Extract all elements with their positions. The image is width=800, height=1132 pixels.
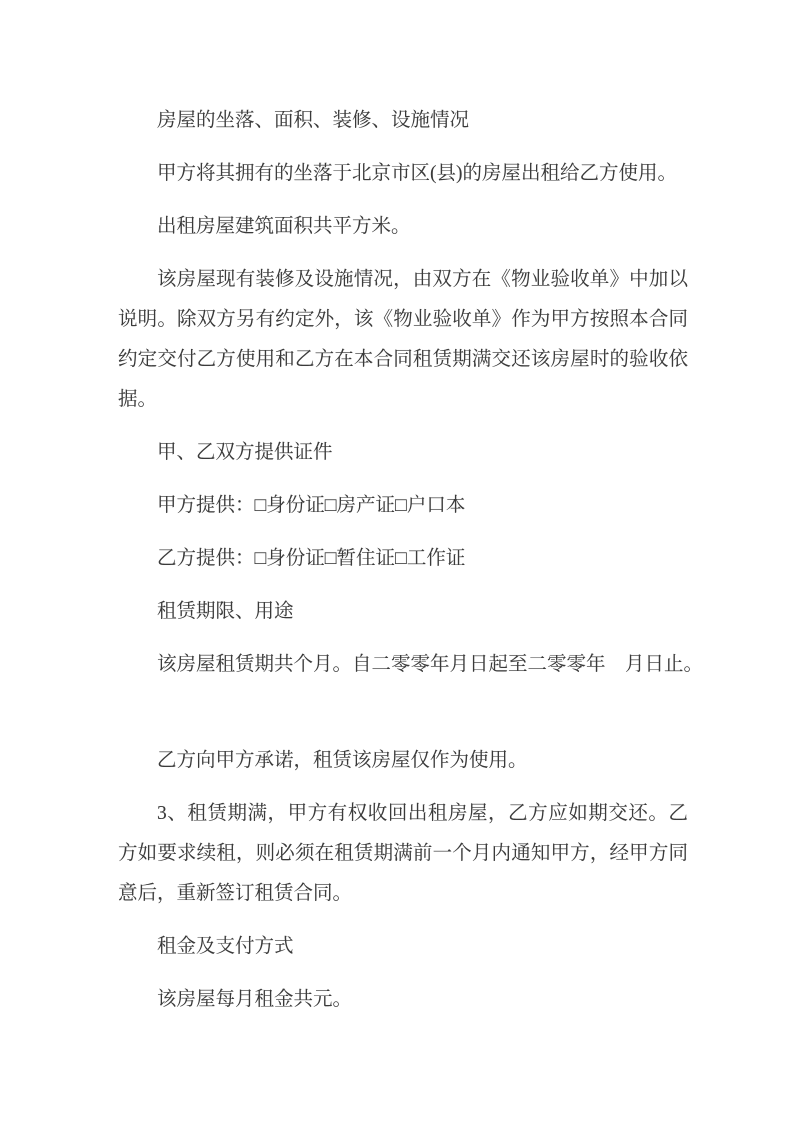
paragraph: 甲方将其拥有的坐落于北京市区(县)的房屋出租给乙方使用。 xyxy=(118,154,688,194)
paragraph: 该房屋现有装修及设施情况，由双方在《物业验收单》中加以说明。除双方另有约定外，该… xyxy=(118,260,688,420)
blank-line xyxy=(118,698,688,728)
paragraph: 租金及支付方式 xyxy=(118,927,688,967)
paragraph: 出租房屋建筑面积共平方米。 xyxy=(118,207,688,247)
paragraph: 房屋的坐落、面积、装修、设施情况 xyxy=(118,101,688,141)
paragraph: 甲方提供：□身份证□房产证□户口本 xyxy=(118,486,688,526)
paragraph: 乙方向甲方承诺，租赁该房屋仅作为使用。 xyxy=(118,741,688,781)
paragraph: 甲、乙双方提供证件 xyxy=(118,433,688,473)
paragraph: 乙方提供：□身份证□暂住证□工作证 xyxy=(118,539,688,579)
document-page: 房屋的坐落、面积、装修、设施情况甲方将其拥有的坐落于北京市区(县)的房屋出租给乙… xyxy=(0,0,800,1132)
paragraph: 3、租赁期满，甲方有权收回出租房屋，乙方应如期交还。乙方如要求续租，则必须在租赁… xyxy=(118,794,688,914)
paragraph: 租赁期限、用途 xyxy=(118,592,688,632)
paragraph: 该房屋租赁期共个月。自二零零年月日起至二零零年 月日止。 xyxy=(118,645,688,685)
paragraph: 该房屋每月租金共元。 xyxy=(118,980,688,1020)
